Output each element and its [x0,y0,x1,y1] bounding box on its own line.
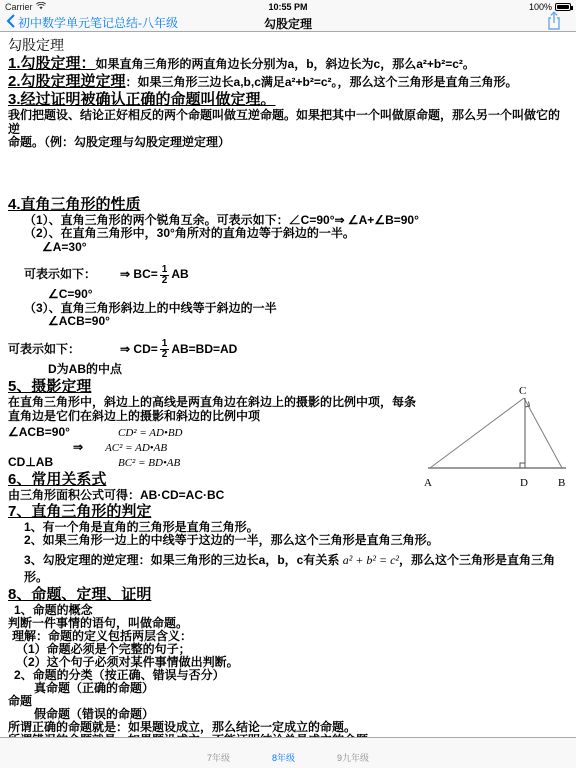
expression-cd-half-ab: 可表示如下： ⇒ CD=12AB=BD=AD [8,337,568,363]
fraction-one-half: 12 [160,265,170,286]
formula-bc-squared: BC² = BD•AB [118,457,180,469]
nav-bar: 初中数学单元笔记总结-八年级 勾股定理 [0,14,576,31]
expr2-right: AB=BD=AD [171,343,237,357]
section-1-heading: 1.勾股定理： [8,55,96,72]
expr2-label: 可表示如下： [8,343,80,357]
battery-icon [555,3,571,11]
s8-line-8: 命题 [8,695,568,708]
s8-line-3: 理解：命题的定义包括两层含义： [8,630,568,643]
expression-bc-half-ab: 可表示如下： ⇒ BC=12AB [8,262,568,288]
formula-ac-squared: AC² = AD•AB [105,442,167,454]
section-8-heading: 8、命题、定理、证明 [8,586,151,603]
tab-grade-7[interactable]: 7年级 [207,751,230,764]
angle-c-90: ∠C=90° [8,288,568,302]
app-screen: Carrier 10:55 PM 100% 初 [0,0,576,768]
vertex-label-b: B [558,477,565,489]
implies-arrow: ⇒ [120,268,130,282]
expr1-right: AB [171,268,188,282]
s8-line-4: （1）命题必须是个完整的句子； [8,643,568,656]
section-7-heading: 7、直角三角形的判定 [8,503,151,520]
expr2-math: ⇒ CD=12AB=BD=AD [120,339,237,360]
section-3: 3.经过证明被确认正确的命题叫做定理。 [8,91,568,109]
vertex-label-d: D [520,477,528,489]
expr2-left: CD= [133,343,157,357]
section-3-para-line1: 我们把题设、结论正好相反的两个命题叫做互逆命题。如果把其中一个叫做原命题，那么另… [8,109,568,136]
fraction-one-half: 12 [160,339,170,360]
section-4-item-1: （1）、直角三角形的两个锐角互余。可表示如下：∠C=90°⇒ ∠A+∠B=90° [8,214,568,228]
section-4-item-3: （3）、直角三角形斜边上的中线等于斜边的一半 [8,302,568,316]
page-title: 勾股定理 [0,15,576,32]
section-2: 2.勾股定理逆定理：如果三角形三边长a,b,c满足a²+b²=c²。，那么这个三… [8,73,568,91]
grade-tab-bar: 7年级 8年级 9九年级 [0,737,576,768]
d-midpoint-note: D为AB的中点 [8,363,568,377]
fraction-denominator: 2 [160,276,170,286]
s8-line-2: 判断一件事情的语句，叫做命题。 [8,617,568,630]
implies-arrow: ⇒ [120,343,130,357]
vertex-label-a: A [424,477,432,489]
tab-grade-8[interactable]: 8年级 [272,751,295,764]
s8-line-6: 2、命题的分类（按正确、错误与否分） [8,669,568,682]
section-1-text: 如果直角三角形的两直角边长分别为a，b，斜边长为c，那么a²+b²=c²。 [96,57,475,71]
cd-perp-ab: CD⊥AB [8,456,118,470]
doc-title: 勾股定理 [8,36,568,55]
share-icon [546,11,562,31]
section-7-item-2: 2、如果三角形一边上的中线等于这边的一半，那么这个三角形是直角三角形。 [8,534,568,548]
right-triangle-figure: A D B C [418,384,570,496]
section-2-heading: 2.勾股定理逆定理 [8,73,126,90]
expr1-left: BC= [133,268,157,282]
fraction-numerator: 1 [160,265,170,276]
angle-a-30: ∠A=30° [8,241,568,255]
pythagoras-formula: a² + b² = c² [343,553,399,567]
section-8: 8、命题、定理、证明 [8,586,568,604]
section-3-heading: 3.经过证明被确认正确的命题叫做定理。 [8,91,276,108]
section-7-item-1: 1、有一个角是直角的三角形是直角三角形。 [8,521,568,535]
s8-line-1: 1、命题的概念 [8,604,568,617]
angle-acb-90: ∠ACB=90° [8,426,118,440]
s8-line-9: 假命题（错误的命题） [8,708,568,721]
tab-grade-9[interactable]: 9九年级 [337,751,369,764]
clock: 10:55 PM [0,2,576,12]
section-6-heading: 6、常用关系式 [8,471,106,488]
formula-cd-squared: CD² = AD•BD [118,427,182,439]
section-7-item-3: 3、勾股定理的逆定理：如果三角形的三边长a，b，c有关系 a² + b² = c… [8,552,568,586]
expr1-label: 可表示如下： [24,268,96,282]
vertex-label-c: C [519,385,526,397]
s8-line-10: 所谓正确的命题就是：如果题设成立，那么结论一定成立的命题。 [8,721,568,734]
section-5-heading: 5、摄影定理 [8,378,91,395]
top-bar: Carrier 10:55 PM 100% 初 [0,0,576,32]
fraction-denominator: 2 [160,350,170,360]
section-7: 7、直角三角形的判定 [8,503,568,521]
s8-line-5: （2）这个句子必须对某件事情做出判断。 [8,656,568,669]
section-4-item-2: （2）、在直角三角形中，30°角所对的直角边等于斜边的一半。 [8,227,568,241]
section-2-text: ：如果三角形三边长a,b,c满足a²+b²=c²。，那么这个三角形是直角三角形。 [126,75,518,89]
section-4-heading: 4.直角三角形的性质 [8,196,141,213]
implies-arrow: ⇒ [73,441,83,455]
section-3-para-line2: 命题。（例：勾股定理与勾股定理逆定理） [8,136,568,150]
section-4: 4.直角三角形的性质 [8,196,568,214]
share-button[interactable] [546,11,562,36]
angle-acb-90: ∠ACB=90° [8,315,568,329]
s8-line-7: 真命题（正确的命题） [8,682,568,695]
expr1-math: ⇒ BC=12AB [120,265,189,286]
item-3-pre: 3、勾股定理的逆定理：如果三角形的三边长a，b，c有关系 [24,553,339,567]
status-bar: Carrier 10:55 PM 100% [0,0,576,14]
section-1: 1.勾股定理：如果直角三角形的两直角边长分别为a，b，斜边长为c，那么a²+b²… [8,55,568,73]
